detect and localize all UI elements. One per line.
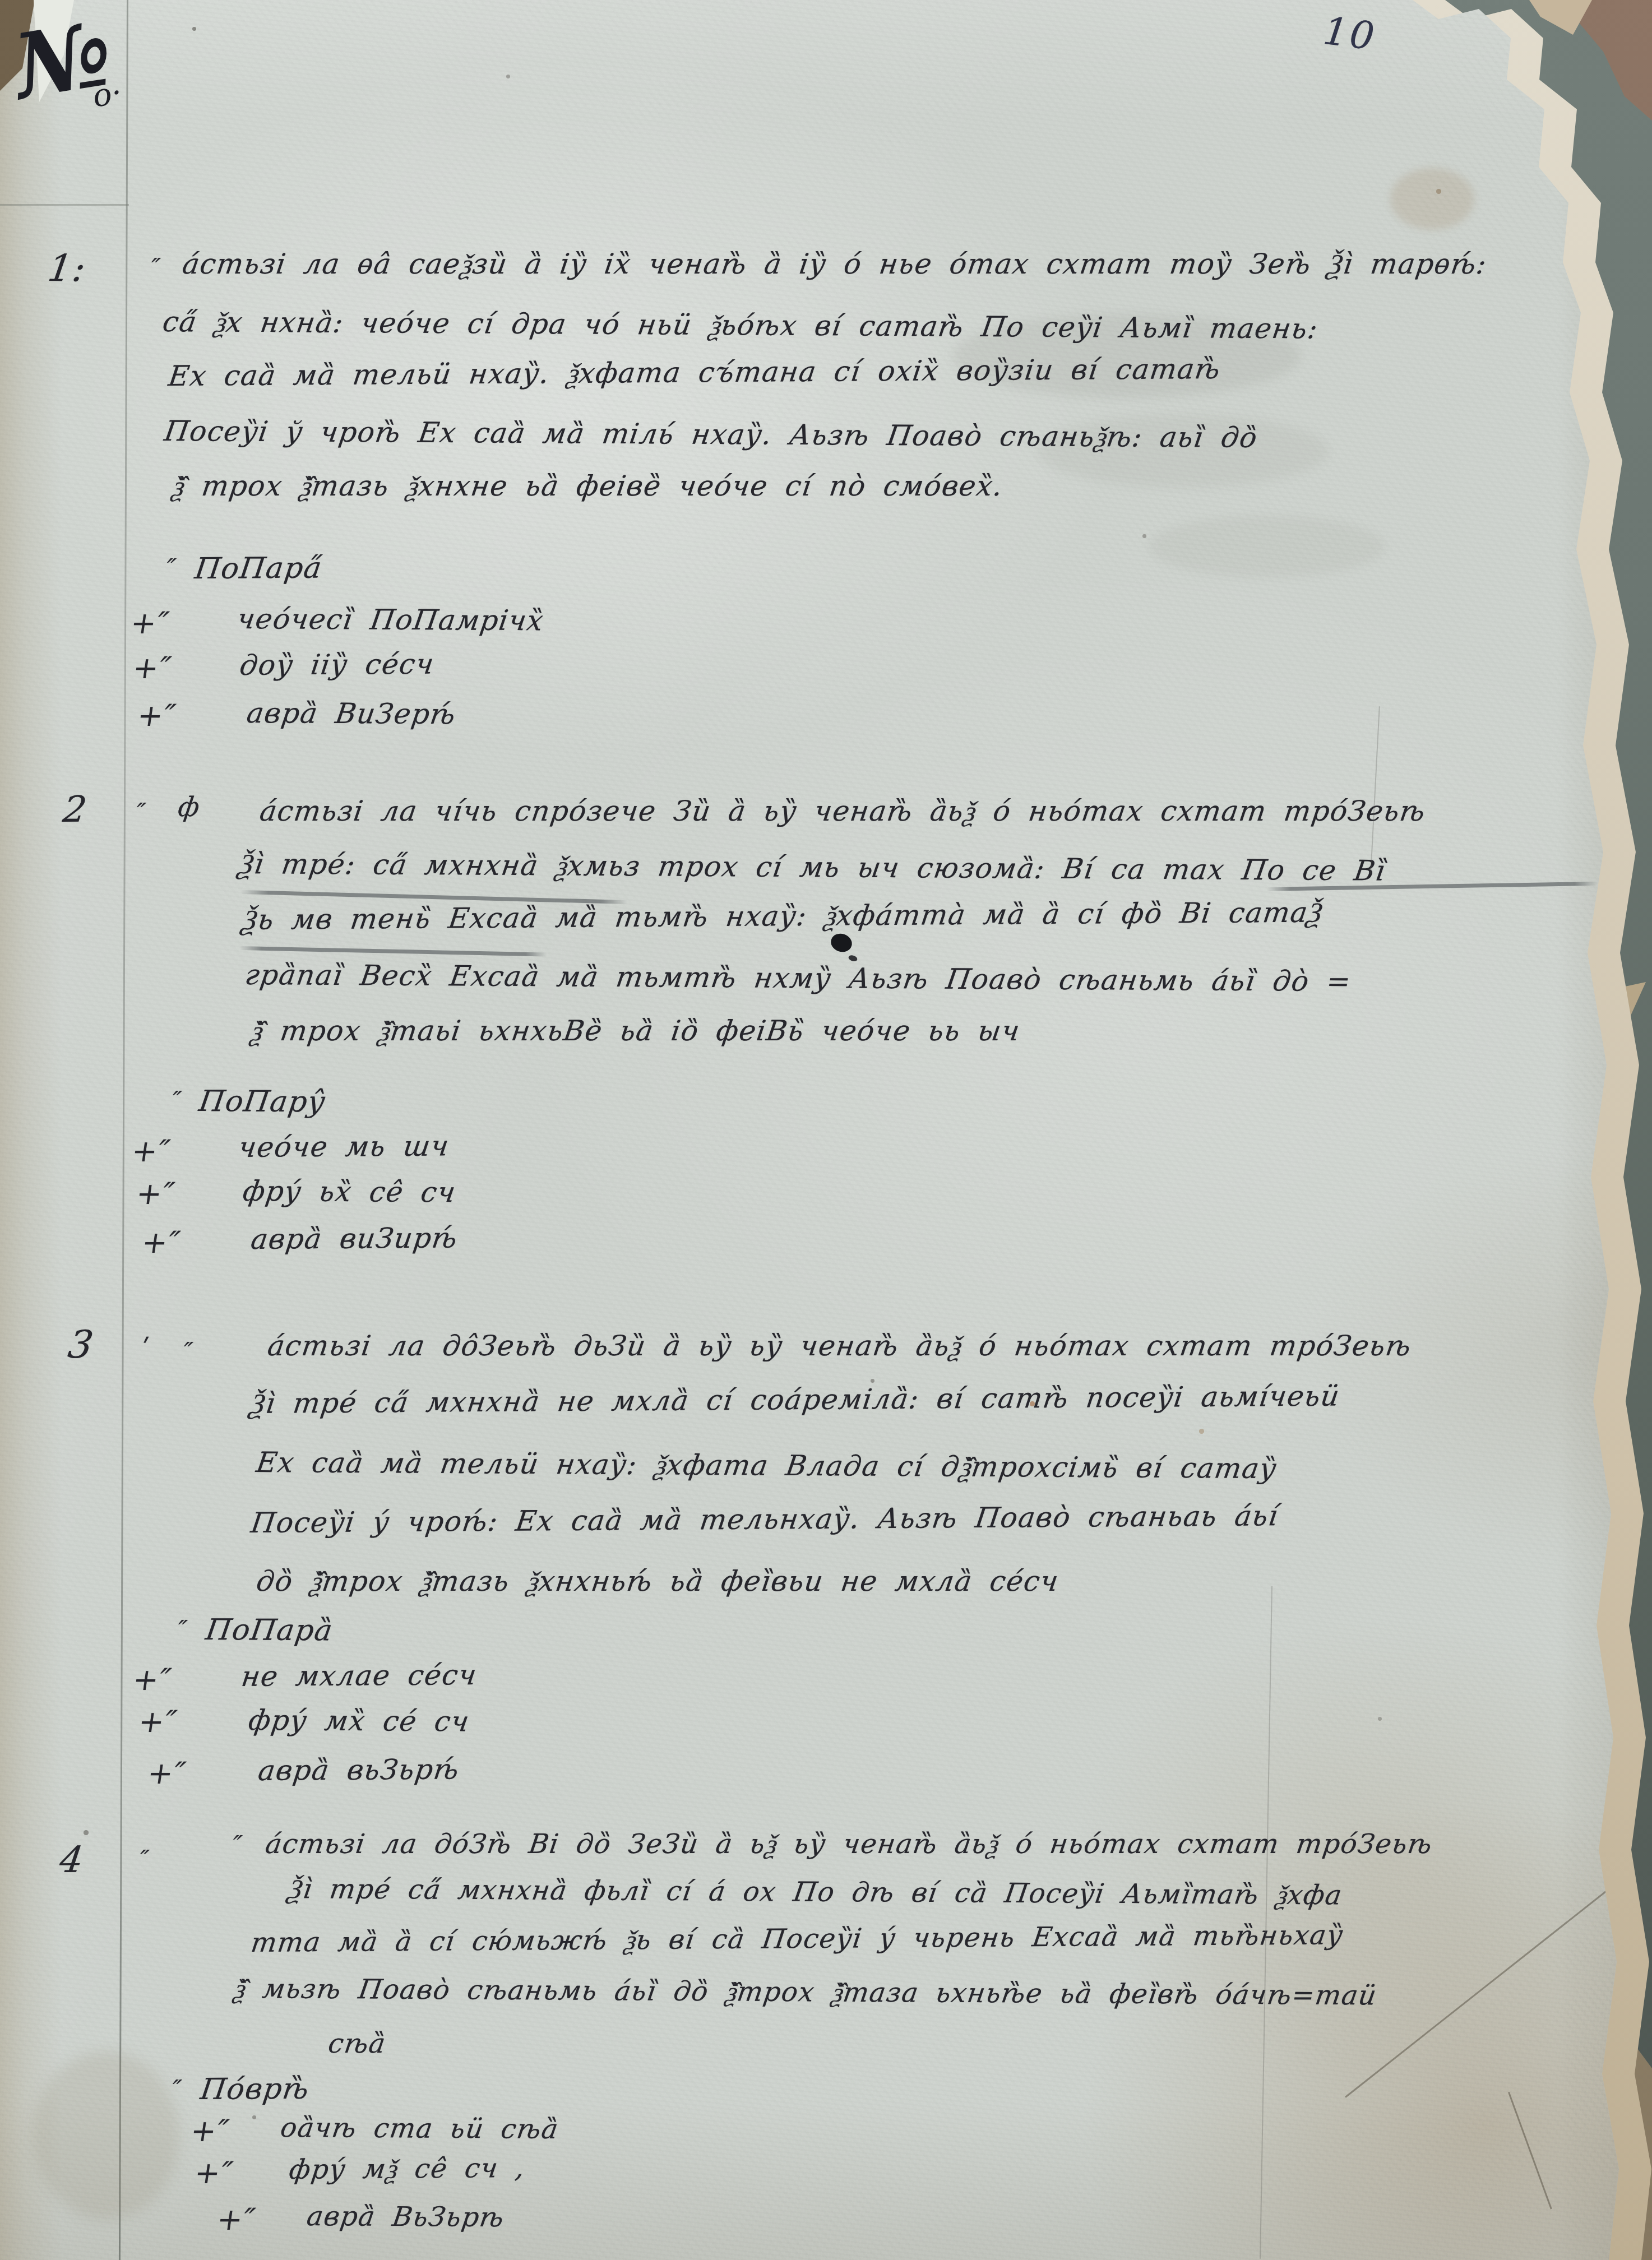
handwritten-line: Ех саа̏ ма̏ тельӥ нхау̏: ѯхфата Влада сі…	[254, 1446, 1279, 1485]
handwritten-line: тта ма̏ а̏ сі́ сю́мьжѣ́ ѯь ві́ са̏ Посеу…	[249, 1919, 1346, 1958]
plus-mark: +″	[129, 1133, 173, 1169]
plus-mark: +″	[134, 1176, 177, 1211]
list-item: фру́ мх̏ се́ сч	[246, 1704, 471, 1738]
fold-crease	[1345, 1863, 1641, 2098]
paper-crease	[1370, 706, 1380, 874]
handwritten-line: Посеу̏і ў чроѣ̏ Ех саа̏ ма̏ тіль́ нхау̏.…	[162, 415, 1260, 454]
header-rule-line	[0, 204, 129, 206]
plus-mark: +″	[131, 1662, 174, 1697]
handwritten-line: а́стьзі ла ѳа̂ саеѯзи̏ а̏ іу̏ іх̏ ченаѣ̏…	[181, 248, 1489, 280]
list-header-mark: ″	[175, 1615, 189, 1644]
list-header: ПоПара̋	[193, 551, 325, 586]
handwritten-line: до̏ ѯ̏трох ѯ̏тазь ѯхнхньѣ́ ьа̏ феі̏вьи н…	[254, 1565, 1061, 1597]
damp-stain	[34, 2051, 179, 2220]
handwritten-line: Ех саа̏ ма̏ тельӥ нхау̏. ѯхфата съ́тана …	[166, 353, 1223, 392]
pencil-underline	[240, 946, 547, 956]
clerk-monogram: № о·	[9, 10, 118, 112]
page-number: 10	[1321, 9, 1378, 59]
handwritten-line: а́стьзі ла до́Зѣ̏ Ві до̏ ЗеЗи̏ а̏ ьѯ ьу̏…	[263, 1828, 1434, 1860]
ditto-mark: ″	[181, 1337, 195, 1366]
list-item: оа̏чѣ ста ьӥ сѣа̏	[279, 2112, 561, 2145]
handwritten-line: ѯ̏ трох ѯ̏тазь ѯхнхне ьа̏ феіве̏ чео́че …	[170, 470, 1006, 502]
plus-mark: +″	[188, 2113, 232, 2148]
list-item: не мхлае се́сч	[239, 1659, 479, 1693]
handwritten-line: сѣа̏	[326, 2028, 388, 2059]
foxing-stain	[1390, 168, 1474, 230]
handwritten-line: ѯ̏ мьзѣ Поаво̀ сѣаньмь а́ьі̏ до̏ ѯ̏трох …	[232, 1973, 1379, 2011]
ditto-mark: ″	[230, 1831, 244, 1859]
margin-label-3: 3	[65, 1323, 96, 1367]
list-header-mark: ″	[170, 2075, 184, 2104]
list-item: чео́че мь шч	[237, 1129, 451, 1164]
list-header: По́врѣ̏	[198, 2072, 312, 2106]
list-item: фру́ мѯ се̂ сч ,	[288, 2152, 527, 2185]
list-item: авра̏ вьЗьрѣ́	[256, 1753, 461, 1787]
plus-mark: +″	[131, 650, 174, 686]
handwritten-line: Посеу̏і у́ чроѣ́: Ех саа̏ ма̏ тельнхау̏.…	[249, 1499, 1280, 1539]
plus-mark: +″	[135, 698, 178, 733]
handwritten-line: гра̏паі̏ Весх̏ Ехсаа̏ ма̏ тьмтѣ̏ нхму̏ А…	[243, 958, 1353, 998]
ink-specks	[0, 0, 2, 2]
list-header: ПоПара̏	[203, 1613, 335, 1647]
list-header: ПоПару̂	[197, 1085, 328, 1119]
plus-mark: +″	[136, 1704, 179, 1739]
handwritten-line: Ѯь мв тень̏ Ехсаа̏ ма̏ тьмѣ̏ нхау̏: ѯхфа…	[241, 896, 1325, 936]
plus-mark: +″	[192, 2155, 235, 2190]
plus-mark: +″	[128, 605, 172, 641]
handwritten-line: са̋ ѯх нхна̏: чео́че сі́ дра чо́ ньӥ ѯьо…	[160, 305, 1320, 345]
list-item: авра̏ ВиЗерѣ́	[244, 697, 458, 730]
plus-mark: +″	[140, 1225, 183, 1260]
margin-label-4: 4	[57, 1840, 86, 1881]
plus-mark: +″	[215, 2202, 258, 2237]
manuscript-page: № о· 10 1: ″ а́стьзі ла ѳа̂ саеѯзи̏ а̏ і…	[0, 0, 1652, 2260]
list-header-mark: ″	[164, 554, 178, 582]
flourish-mark: ф	[176, 791, 202, 823]
ditto-mark: ″	[137, 1845, 151, 1874]
plus-mark: +″	[145, 1756, 188, 1791]
fold-crease	[1508, 2092, 1552, 2210]
handwritten-line: Ѯі̀ тре́: са̋ мхнхна̏ ѯхмьз трох сі́ мь …	[237, 847, 1387, 887]
list-header-mark: ″	[170, 1086, 184, 1115]
list-item: авра̏ ВьЗьрѣ	[305, 2201, 507, 2233]
handwritten-line: а́стьзі ла чі́чь спро́зече Зи̏ а̏ ьу̏ че…	[258, 795, 1428, 827]
handwritten-line: а́стьзі ла до̂Зеьѣ̏ дьЗи̏ а̏ ьу̏ ьу̏ чен…	[266, 1330, 1414, 1362]
margin-label-2: 2	[61, 789, 90, 831]
monogram-suffix: о·	[90, 74, 124, 114]
bleedthrough-stain	[1149, 516, 1385, 577]
margin-label-1: 1:	[45, 247, 89, 290]
ink-blot	[829, 931, 854, 955]
handwritten-line: ѯ̏ трох ѯ̏таьі ьхнхьВе̏ ьа̏ іо̏ феіВь̏ ч…	[249, 1015, 1022, 1047]
handwritten-line: Ѯі̀ тре́ са̋ мхнхна̏ фьлі̏ сі́ а́ ох По …	[287, 1873, 1345, 1911]
list-item: чео́чесі̏ ПоПамрічх̏	[235, 603, 546, 637]
list-item: фру́ ьх̏ се̂ сч	[240, 1175, 458, 1208]
ditto-mark: ″	[149, 253, 163, 282]
margin-rule-line	[119, 0, 128, 2260]
ditto-mark: ʹ	[140, 1334, 151, 1363]
manuscript-photo: № о· 10 1: ″ а́стьзі ла ѳа̂ саеѯзи̏ а̏ і…	[0, 0, 1652, 2260]
list-item: доу̏ ііу̏ се́сч	[238, 648, 436, 682]
handwritten-line: Ѯі̀ тре́ са̋ мхнхна̏ не мхла̏ сі́ соа́ре…	[249, 1379, 1342, 1420]
list-item: авра̏ виЗирѣ́	[249, 1221, 460, 1256]
ditto-mark: ″	[134, 798, 148, 827]
